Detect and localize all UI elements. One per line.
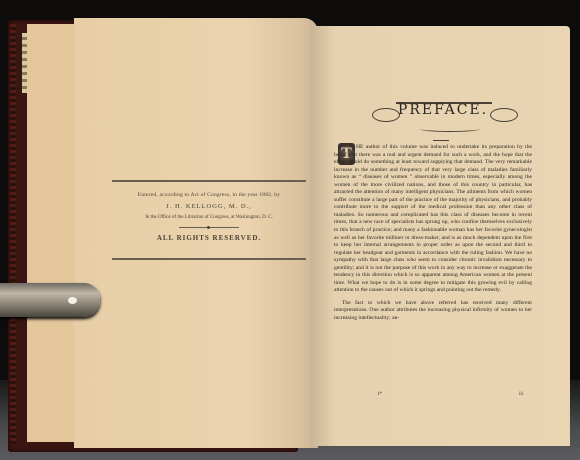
page-title: PREFACE.	[378, 102, 508, 118]
rights-reserved: ALL RIGHTS RESERVED.	[112, 234, 306, 242]
signature-mark: 1*	[377, 392, 382, 397]
paragraph-2: The fact to which we have above referred…	[334, 300, 532, 323]
short-rule	[433, 140, 449, 141]
copyright-entry: Entered, according to Act of Congress, i…	[112, 192, 306, 198]
copyright-author: J. H. KELLOGG, M. D.,	[112, 203, 306, 210]
copyright-office: In the Office of the Librarian of Congre…	[112, 215, 306, 220]
bottom-rule	[112, 258, 306, 260]
cover-edge	[10, 24, 16, 444]
ornament-rule	[179, 227, 239, 228]
paragraph-1: HE author of this volume was induced to …	[334, 144, 532, 295]
preface-body: HE author of this volume was induced to …	[334, 144, 532, 323]
copyright-block: Entered, according to Act of Congress, i…	[112, 180, 306, 242]
title-ornament-bottom	[420, 126, 480, 132]
flyleaf	[27, 24, 75, 442]
gilt-edge	[22, 33, 27, 93]
metal-clasp	[0, 283, 100, 317]
page-number: iii	[519, 392, 523, 397]
clasp-highlight	[68, 297, 77, 304]
top-rule	[112, 180, 306, 182]
